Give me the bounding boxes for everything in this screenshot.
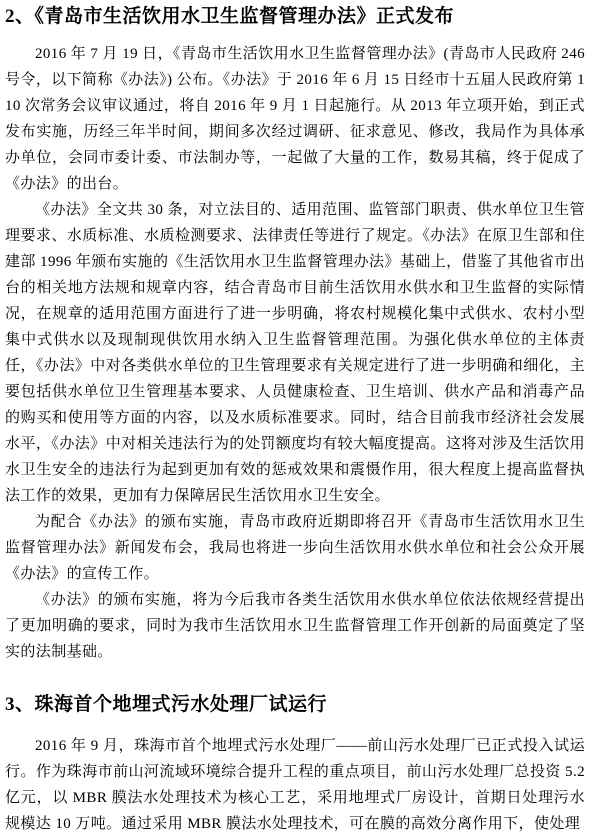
paragraph-publication-overview: 2016 年 7 月 19 日，《青岛市生活饮用水卫生监督管理办法》(青岛市人民… (5, 41, 585, 197)
section-zhuhai-sewage-plant: 3、珠海首个地埋式污水处理厂试运行 2016 年 9 月，珠海市首个地埋式污水处… (5, 693, 585, 837)
section-qingdao-drinking-water-measures: 2、《青岛市生活饮用水卫生监督管理办法》正式发布 2016 年 7 月 19 日… (5, 5, 585, 665)
paragraph-press-conference: 为配合《办法》的颁布实施，青岛市政府近期即将召开《青岛市生活饮用水卫生监督管理办… (5, 509, 585, 587)
paragraph-legal-foundation: 《办法》的颁布实施，将为今后我市各类生活饮用水供水单位依法依规经营提出了更加明确… (5, 587, 585, 665)
section-heading-qingdao-measures: 2、《青岛市生活饮用水卫生监督管理办法》正式发布 (5, 5, 585, 29)
paragraph-contents-and-scope: 《办法》全文共 30 条，对立法目的、适用范围、监管部门职责、供水单位卫生管理要… (5, 197, 585, 509)
document-page: 2、《青岛市生活饮用水卫生监督管理办法》正式发布 2016 年 7 月 19 日… (0, 0, 590, 838)
section-heading-zhuhai-plant: 3、珠海首个地埋式污水处理厂试运行 (5, 693, 585, 717)
paragraph-plant-trial-operation: 2016 年 9 月，珠海市首个地埋式污水处理厂——前山污水处理厂已正式投入试运… (5, 733, 585, 837)
